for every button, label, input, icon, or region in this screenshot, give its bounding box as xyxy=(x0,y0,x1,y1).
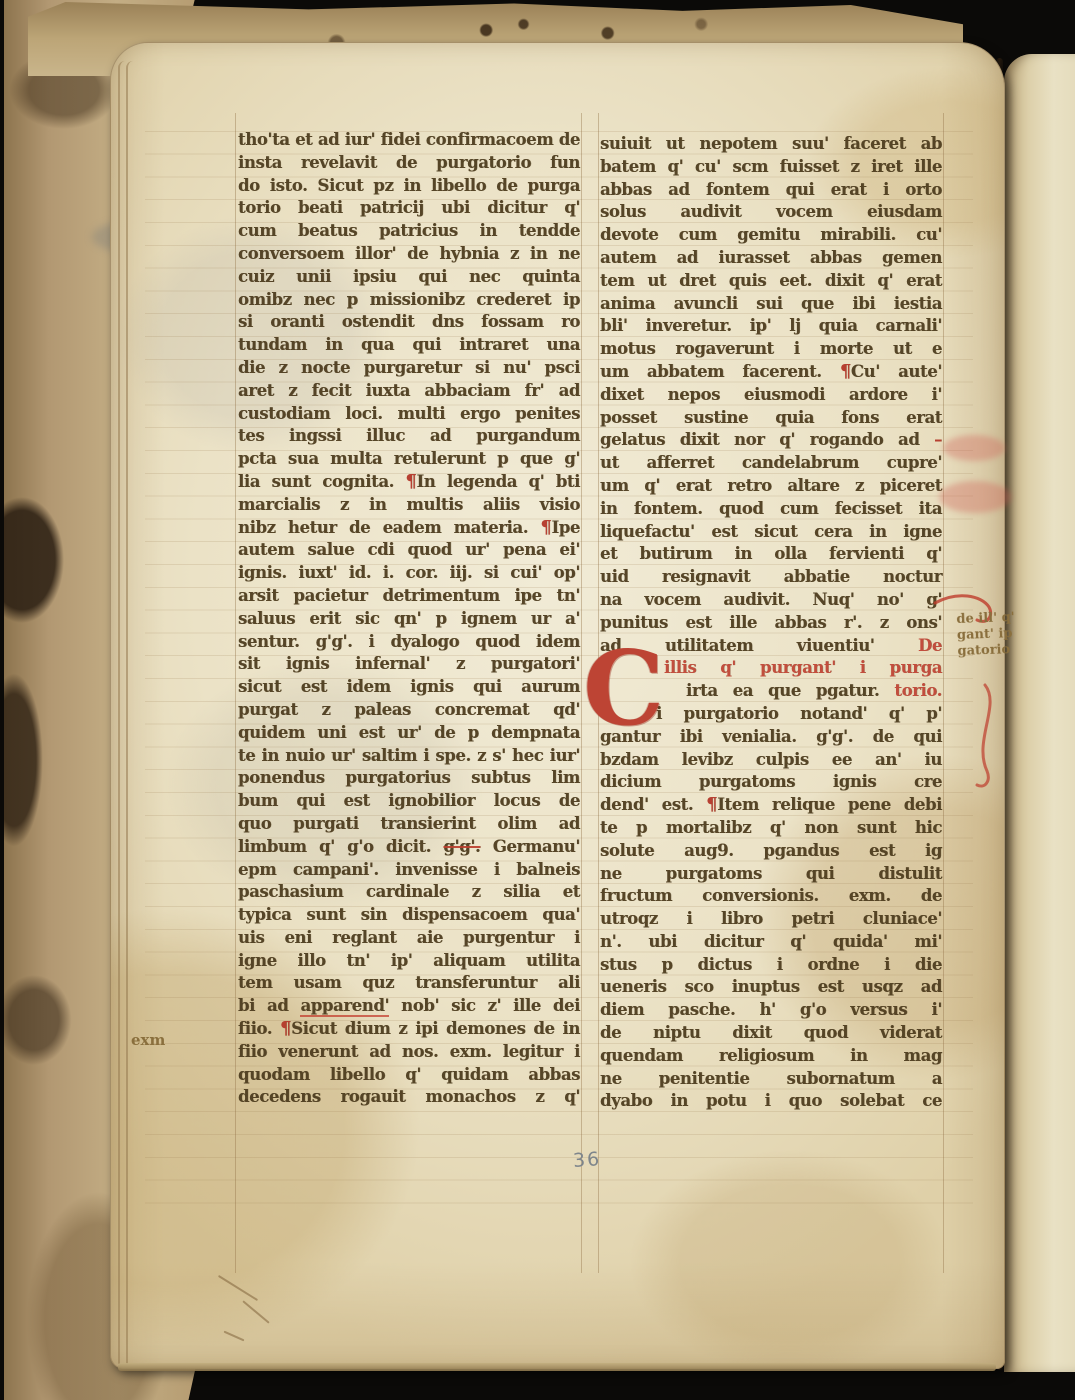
text-line: bi ad apparend' nob' sic z' ille dei xyxy=(238,995,580,1018)
text-segment: in fontem. quod cum fecisset ita xyxy=(600,499,942,518)
text-line: quidem uni est ur' de p dempnata xyxy=(238,722,580,745)
text-segment: In legenda q' bti xyxy=(416,472,580,491)
text-segment: Germanu' xyxy=(480,837,580,856)
text-line: dyabo in potu i quo solebat ce xyxy=(600,1090,942,1113)
text-line: te p mortalibz q' non sunt hic xyxy=(600,817,942,840)
text-line: te in nuio ur' saltim i spe. z s' hec iu… xyxy=(238,745,580,768)
text-line: liquefactu' est sicut cera in igne xyxy=(600,521,942,544)
text-line: fiio. ¶Sicut dium z ipi demones de in xyxy=(238,1018,580,1041)
text-segment: tem usam quz transferuntur ali xyxy=(238,973,580,992)
manuscript-page: tho'ta et ad iur' fidei confirmacoem dei… xyxy=(110,42,1005,1369)
text-line: lia sunt cognita. ¶In legenda q' bti xyxy=(238,471,580,494)
text-segment: typica sunt sin dispensacoem qua' xyxy=(238,905,580,924)
text-segment: apparend' xyxy=(300,996,389,1017)
text-column-left: tho'ta et ad iur' fidei confirmacoem dei… xyxy=(238,129,580,1109)
text-segment: ponendus purgatorius subtus lim xyxy=(238,768,580,787)
text-line: cum beatus patricius in tendde xyxy=(238,220,580,243)
text-segment: anima avuncli sui que ibi iestia xyxy=(600,294,942,313)
text-segment: Ipe xyxy=(551,518,580,537)
text-line: uis eni reglant aie purgentur i xyxy=(238,927,580,950)
text-segment: sicut est idem ignis qui aurum xyxy=(238,677,580,696)
text-line: um abbatem facerent. ¶Cu' aute' xyxy=(600,361,942,384)
text-line: dixet nepos eiusmodi ardore i' xyxy=(600,384,942,407)
text-line: ueneris sco inuptus est usqz ad xyxy=(600,976,942,999)
text-line: bli' inveretur. ip' lj quia carnali' xyxy=(600,315,942,338)
text-segment: utroqz i libro petri cluniace' xyxy=(600,909,942,928)
text-segment: sentur. g'g'. i dyalogo quod idem xyxy=(238,632,580,651)
column-guide-line xyxy=(235,113,236,1273)
corner-scratch xyxy=(218,1275,258,1301)
text-line: n'. ubi dicitur q' quida' mi' xyxy=(600,931,942,954)
text-line: typica sunt sin dispensacoem qua' xyxy=(238,904,580,927)
text-segment: liquefactu' est sicut cera in igne xyxy=(600,522,942,541)
text-segment: do isto. Sicut pz in libello de purga xyxy=(238,176,580,195)
text-line: anima avuncli sui que ibi iestia xyxy=(600,293,942,316)
text-line: marcialis z in multis aliis visio xyxy=(238,494,580,517)
text-line: ponendus purgatorius subtus lim xyxy=(238,767,580,790)
text-line: arsit pacietur detrimentum ipe tn' xyxy=(238,585,580,608)
text-line: solus audivit vocem eiusdam xyxy=(600,201,942,224)
text-line: devote cum gemitu mirabili. cu' xyxy=(600,224,942,247)
text-line: ignis. iuxt' id. i. cor. iij. si cui' op… xyxy=(238,562,580,585)
text-segment: bum qui est ignobilior locus de xyxy=(238,791,580,810)
text-line: bum qui est ignobilior locus de xyxy=(238,790,580,813)
text-line: bzdam levibz culpis ee an' iu xyxy=(600,749,942,772)
text-segment: igne illo tn' ip' aliquam utilita xyxy=(238,951,580,970)
text-segment: tundam in qua qui intraret una xyxy=(238,335,580,354)
text-segment: ut afferret candelabrum cupre' xyxy=(600,453,942,472)
text-line: ne purgatoms qui distulit xyxy=(600,863,942,886)
text-segment: dicium purgatoms ignis cre xyxy=(600,772,942,791)
text-segment: tem ut dret quis eet. dixit q' erat xyxy=(600,271,942,290)
text-segment: decedens rogauit monachos z q' xyxy=(238,1087,580,1106)
text-segment: illis q' purgant' i purga xyxy=(664,658,942,677)
text-segment: te p mortalibz q' non sunt hic xyxy=(600,818,942,837)
text-segment: batem q' cu' scm fuisset z iret ille xyxy=(600,157,942,176)
text-line: diem pasche. h' g'o versus i' xyxy=(600,999,942,1022)
text-segment: quo purgati transierint olim ad xyxy=(238,814,580,833)
text-segment: i purgatorio notand' q' p' xyxy=(656,704,942,723)
text-line: epm campani'. invenisse i balneis xyxy=(238,859,580,882)
text-line: et butirum in olla fervienti q' xyxy=(600,543,942,566)
text-line: na vocem audivit. Nuq' no' g' xyxy=(600,589,942,612)
text-segment: suiuit ut nepotem suu' faceret ab xyxy=(600,134,942,153)
text-line: abbas ad fontem qui erat i orto xyxy=(600,179,942,202)
text-segment: aret z fecit iuxta abbaciam fr' ad xyxy=(238,381,580,400)
text-line: si oranti ostendit dns fossam ro xyxy=(238,311,580,334)
text-line: pcta sua multa retulerunt p que g' xyxy=(238,448,580,471)
text-line: torio beati patricij ubi dicitur q' xyxy=(238,197,580,220)
text-segment: die z nocte purgaretur si nu' psci xyxy=(238,358,580,377)
text-segment: et butirum in olla fervienti q' xyxy=(600,544,942,563)
text-segment: paschasium cardinale z silia et xyxy=(238,882,580,901)
marginal-gloss: de ill' q'gant' ipgatorio xyxy=(956,610,1018,660)
text-line: die z nocte purgaretur si nu' psci xyxy=(238,357,580,380)
text-line: tem usam quz transferuntur ali xyxy=(238,972,580,995)
text-segment: irta ea que pgatur. xyxy=(686,681,894,700)
text-line: saluus erit sic qn' p ignem ur a' xyxy=(238,608,580,631)
text-line: dicium purgatoms ignis cre xyxy=(600,771,942,794)
text-segment: conversoem illor' de hybnia z in ne xyxy=(238,244,580,263)
text-segment: dixet nepos eiusmodi ardore i' xyxy=(600,385,942,404)
text-line: igne illo tn' ip' aliquam utilita xyxy=(238,950,580,973)
text-segment: arsit pacietur detrimentum ipe tn' xyxy=(238,586,580,605)
text-segment: solute aug9. pgandus est ig xyxy=(600,841,942,860)
text-line: omibz nec p missionibz crederet ip xyxy=(238,289,580,312)
text-line: limbum q' g'o dicit. g'g'. Germanu' xyxy=(238,836,580,859)
paraph-mark: ¶ xyxy=(706,794,717,815)
leaf-edge-line xyxy=(126,61,133,1364)
text-line: fructum conversionis. exm. de xyxy=(600,885,942,908)
text-line: fiio venerunt ad nos. exm. legitur i xyxy=(238,1041,580,1064)
text-segment: dyabo in potu i quo solebat ce xyxy=(600,1091,942,1110)
folio-number: 36 xyxy=(572,1148,602,1172)
text-line: tes ingssi illuc ad purgandum xyxy=(238,425,580,448)
text-segment: fiio. xyxy=(238,1019,280,1038)
text-segment: si oranti ostendit dns fossam ro xyxy=(238,312,580,331)
text-segment: marcialis z in multis aliis visio xyxy=(238,495,580,514)
text-line: decedens rogauit monachos z q' xyxy=(238,1086,580,1109)
text-segment: ne penitentie subornatum a xyxy=(600,1069,942,1088)
text-segment: quendam religiosum in mag xyxy=(600,1046,942,1065)
text-segment: motus rogaverunt i morte ut e xyxy=(600,339,942,358)
text-segment: te in nuio ur' saltim i spe. z s' hec iu… xyxy=(238,746,580,765)
text-segment: saluus erit sic qn' p ignem ur a' xyxy=(238,609,580,628)
text-column-right: suiuit ut nepotem suu' faceret abbatem q… xyxy=(600,133,942,1113)
text-segment: uis eni reglant aie purgentur i xyxy=(238,928,580,947)
text-segment: dend' est. xyxy=(600,795,706,814)
text-segment: sit ignis infernal' z purgatori' xyxy=(238,654,580,673)
page-bottom-edge xyxy=(118,1363,996,1371)
text-line: batem q' cu' scm fuisset z iret ille xyxy=(600,156,942,179)
text-line: autem salue cdi quod ur' pena ei' xyxy=(238,539,580,562)
text-line: tem ut dret quis eet. dixit q' erat xyxy=(600,270,942,293)
text-segment: tes ingssi illuc ad purgandum xyxy=(238,426,580,445)
paraph-mark: ¶ xyxy=(280,1018,291,1039)
text-segment: nibz hetur de eadem materia. xyxy=(238,518,540,537)
text-segment: autem salue cdi quod ur' pena ei' xyxy=(238,540,580,559)
text-segment: bi ad xyxy=(238,996,300,1015)
text-line: stus p dictus i ordne i die xyxy=(600,954,942,977)
corner-scratch xyxy=(224,1331,245,1342)
text-line: utroqz i libro petri cluniace' xyxy=(600,908,942,931)
text-line: do isto. Sicut pz in libello de purga xyxy=(238,175,580,198)
text-segment: gelatus dixit nor q' rogando ad xyxy=(600,430,919,449)
text-segment: Item relique pene debi xyxy=(717,795,942,814)
text-line: cuiz unii ipsiu qui nec quinta xyxy=(238,266,580,289)
text-segment: Sicut dium z ipi demones de in xyxy=(291,1019,580,1038)
text-line: tho'ta et ad iur' fidei confirmacoem de xyxy=(238,129,580,152)
text-line: purgat z paleas concremat qd' xyxy=(238,699,580,722)
paraph-mark: ¶ xyxy=(540,517,551,538)
text-line: quodam libello q' quidam abbas xyxy=(238,1064,580,1087)
text-segment: abbas ad fontem qui erat i orto xyxy=(600,180,942,199)
text-segment: quodam libello q' quidam abbas xyxy=(238,1065,580,1084)
paraph-mark: ¶ xyxy=(405,471,416,492)
text-segment: tho'ta et ad iur' fidei confirmacoem de xyxy=(238,130,580,149)
manuscript-scan: tho'ta et ad iur' fidei confirmacoem dei… xyxy=(0,0,1075,1400)
facing-page-edge xyxy=(1004,54,1075,1372)
text-segment: stus p dictus i ordne i die xyxy=(600,955,942,974)
text-segment: n'. ubi dicitur q' quida' mi' xyxy=(600,932,942,951)
gloss-line: gatorio xyxy=(957,642,1018,660)
text-segment: fiio venerunt ad nos. exm. legitur i xyxy=(238,1042,580,1061)
text-segment: posset sustine quia fons erat xyxy=(600,408,942,427)
text-line: dend' est. ¶Item relique pene debi xyxy=(600,794,942,817)
text-line: insta revelavit de purgatorio fun xyxy=(238,152,580,175)
text-segment: ignis. iuxt' id. i. cor. iij. si cui' op… xyxy=(238,563,580,582)
text-segment: autem ad iurasset abbas gemen xyxy=(600,248,942,267)
text-segment: um abbatem facerent. xyxy=(600,362,840,381)
text-segment: na vocem audivit. Nuq' no' g' xyxy=(600,590,942,609)
red-showthrough xyxy=(939,481,1011,513)
text-line: ut afferret candelabrum cupre' xyxy=(600,452,942,475)
text-segment: bli' inveretur. ip' lj quia carnali' xyxy=(600,316,942,335)
text-line: tundam in qua qui intraret una xyxy=(238,334,580,357)
text-segment: bzdam levibz culpis ee an' iu xyxy=(600,750,942,769)
leaf-edge-line xyxy=(118,61,125,1364)
corner-scratch xyxy=(242,1300,269,1323)
text-segment: torio beati patricij ubi dicitur q' xyxy=(238,198,580,217)
text-segment: ueneris sco inuptus est usqz ad xyxy=(600,977,942,996)
text-segment: quidem uni est ur' de p dempnata xyxy=(238,723,580,742)
text-segment: custodiam loci. multi ergo penites xyxy=(238,404,580,423)
text-line: suiuit ut nepotem suu' faceret ab xyxy=(600,133,942,156)
text-line: ne penitentie subornatum a xyxy=(600,1068,942,1091)
text-segment: uid resignavit abbatie noctur xyxy=(600,567,942,586)
text-line: sit ignis infernal' z purgatori' xyxy=(238,653,580,676)
text-line: um q' erat retro altare z piceret xyxy=(600,475,942,498)
text-line: gelatus dixit nor q' rogando ad – xyxy=(600,429,942,452)
text-segment: cuiz unii ipsiu qui nec quinta xyxy=(238,267,580,286)
column-guide-line xyxy=(581,113,582,1273)
text-line: paschasium cardinale z silia et xyxy=(238,881,580,904)
text-line: quendam religiosum in mag xyxy=(600,1045,942,1068)
text-segment: solus audivit vocem eiusdam xyxy=(600,202,942,221)
text-line: conversoem illor' de hybnia z in ne xyxy=(238,243,580,266)
text-segment: – xyxy=(919,430,942,449)
text-segment: g'g'. xyxy=(443,837,480,856)
text-line: autem ad iurasset abbas gemen xyxy=(600,247,942,270)
text-line: sentur. g'g'. i dyalogo quod idem xyxy=(238,631,580,654)
text-line: aret z fecit iuxta abbaciam fr' ad xyxy=(238,380,580,403)
text-line: solute aug9. pgandus est ig xyxy=(600,840,942,863)
text-line: nibz hetur de eadem materia. ¶Ipe xyxy=(238,517,580,540)
text-segment: nob' sic z' ille dei xyxy=(389,996,580,1015)
text-segment: cum beatus patricius in tendde xyxy=(238,221,580,240)
text-line: quo purgati transierint olim ad xyxy=(238,813,580,836)
text-segment: devote cum gemitu mirabili. cu' xyxy=(600,225,942,244)
text-segment: pcta sua multa retulerunt p que g' xyxy=(238,449,580,468)
decorated-initial: C xyxy=(583,639,664,739)
text-line: de niptu dixit quod viderat xyxy=(600,1022,942,1045)
text-segment: purgat z paleas concremat qd' xyxy=(238,700,580,719)
text-line: uid resignavit abbatie noctur xyxy=(600,566,942,589)
paraph-mark: ¶ xyxy=(840,361,851,382)
text-line: custodiam loci. multi ergo penites xyxy=(238,403,580,426)
text-segment: insta revelavit de purgatorio fun xyxy=(238,153,580,172)
text-segment: um q' erat retro altare z piceret xyxy=(600,476,942,495)
text-line: sicut est idem ignis qui aurum xyxy=(238,676,580,699)
text-segment: limbum q' g'o dicit. xyxy=(238,837,443,856)
text-segment: omibz nec p missionibz crederet ip xyxy=(238,290,580,309)
text-line: motus rogaverunt i morte ut e xyxy=(600,338,942,361)
text-segment: Cu' aute' xyxy=(851,362,942,381)
text-segment: diem pasche. h' g'o versus i' xyxy=(600,1000,942,1019)
text-segment: ne purgatoms qui distulit xyxy=(600,864,942,883)
marginal-note-exm: exm xyxy=(131,1031,165,1049)
text-segment: de niptu dixit quod viderat xyxy=(600,1023,942,1042)
text-segment: fructum conversionis. exm. de xyxy=(600,886,942,905)
text-segment: lia sunt cognita. xyxy=(238,472,405,491)
red-showthrough xyxy=(943,435,1005,461)
text-line: in fontem. quod cum fecisset ita xyxy=(600,498,942,521)
text-line: posset sustine quia fons erat xyxy=(600,407,942,430)
text-segment: epm campani'. invenisse i balneis xyxy=(238,860,580,879)
